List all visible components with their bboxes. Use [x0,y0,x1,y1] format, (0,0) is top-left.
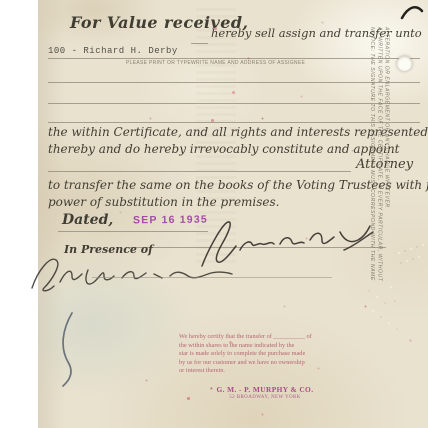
certification-line: the within shares to the name indicated … [179,342,351,351]
punch-hole [397,56,412,71]
dated-rule [58,231,208,232]
certification-line: We hereby certify that the transfer of _… [179,333,351,342]
ink-mark [398,2,426,22]
firm-name: G. M. - P. MURPHY & CO. [170,385,360,394]
assignee-caption: PLEASE PRINT OR TYPEWRITE NAME AND ADDRE… [126,60,305,66]
broker-certification: We hereby certify that the transfer of _… [179,333,351,376]
assignee-typed-name: 100 - Richard H. Derby [48,46,178,56]
firm-address: 52 BROADWAY, NEW YORK [170,395,360,400]
body-line-2: thereby and do hereby irrevocably consti… [48,142,400,156]
margin-notice-line: NOTICE: THE SIGNATURE TO THIS ASSIGNMENT… [369,27,375,277]
body-line-4: power of substitution in the premises. [48,195,280,209]
margin-notice-line: AS WRITTEN UPON THE FACE OF THE CERTIFIC… [376,27,382,277]
shares-blank-rule [191,43,208,44]
certification-line: or interest therein. [179,367,351,376]
margin-notice: NOTICE: THE SIGNATURE TO THIS ASSIGNMENT… [368,27,391,277]
witness-signature [26,250,238,296]
witness-rule [92,277,332,278]
pencil-mark [56,310,86,390]
certification-line: by us for our customer and we have no ow… [179,359,351,368]
dated-label: Dated, [62,212,113,228]
blank-rule-2 [48,103,420,104]
certification-line: star is made solely to complete the purc… [179,350,351,359]
blank-rule-3 [48,122,420,123]
assignee-rule [48,58,420,59]
certificate-scan: For Value received, hereby sell assign a… [0,0,428,428]
blank-rule-1 [48,82,420,83]
attorney-rule [48,171,351,172]
perforation-dots [0,0,2,2]
margin-notice-line: ALTERATION OR ENLARGEMENT OR ANY CHANGE … [384,27,390,277]
